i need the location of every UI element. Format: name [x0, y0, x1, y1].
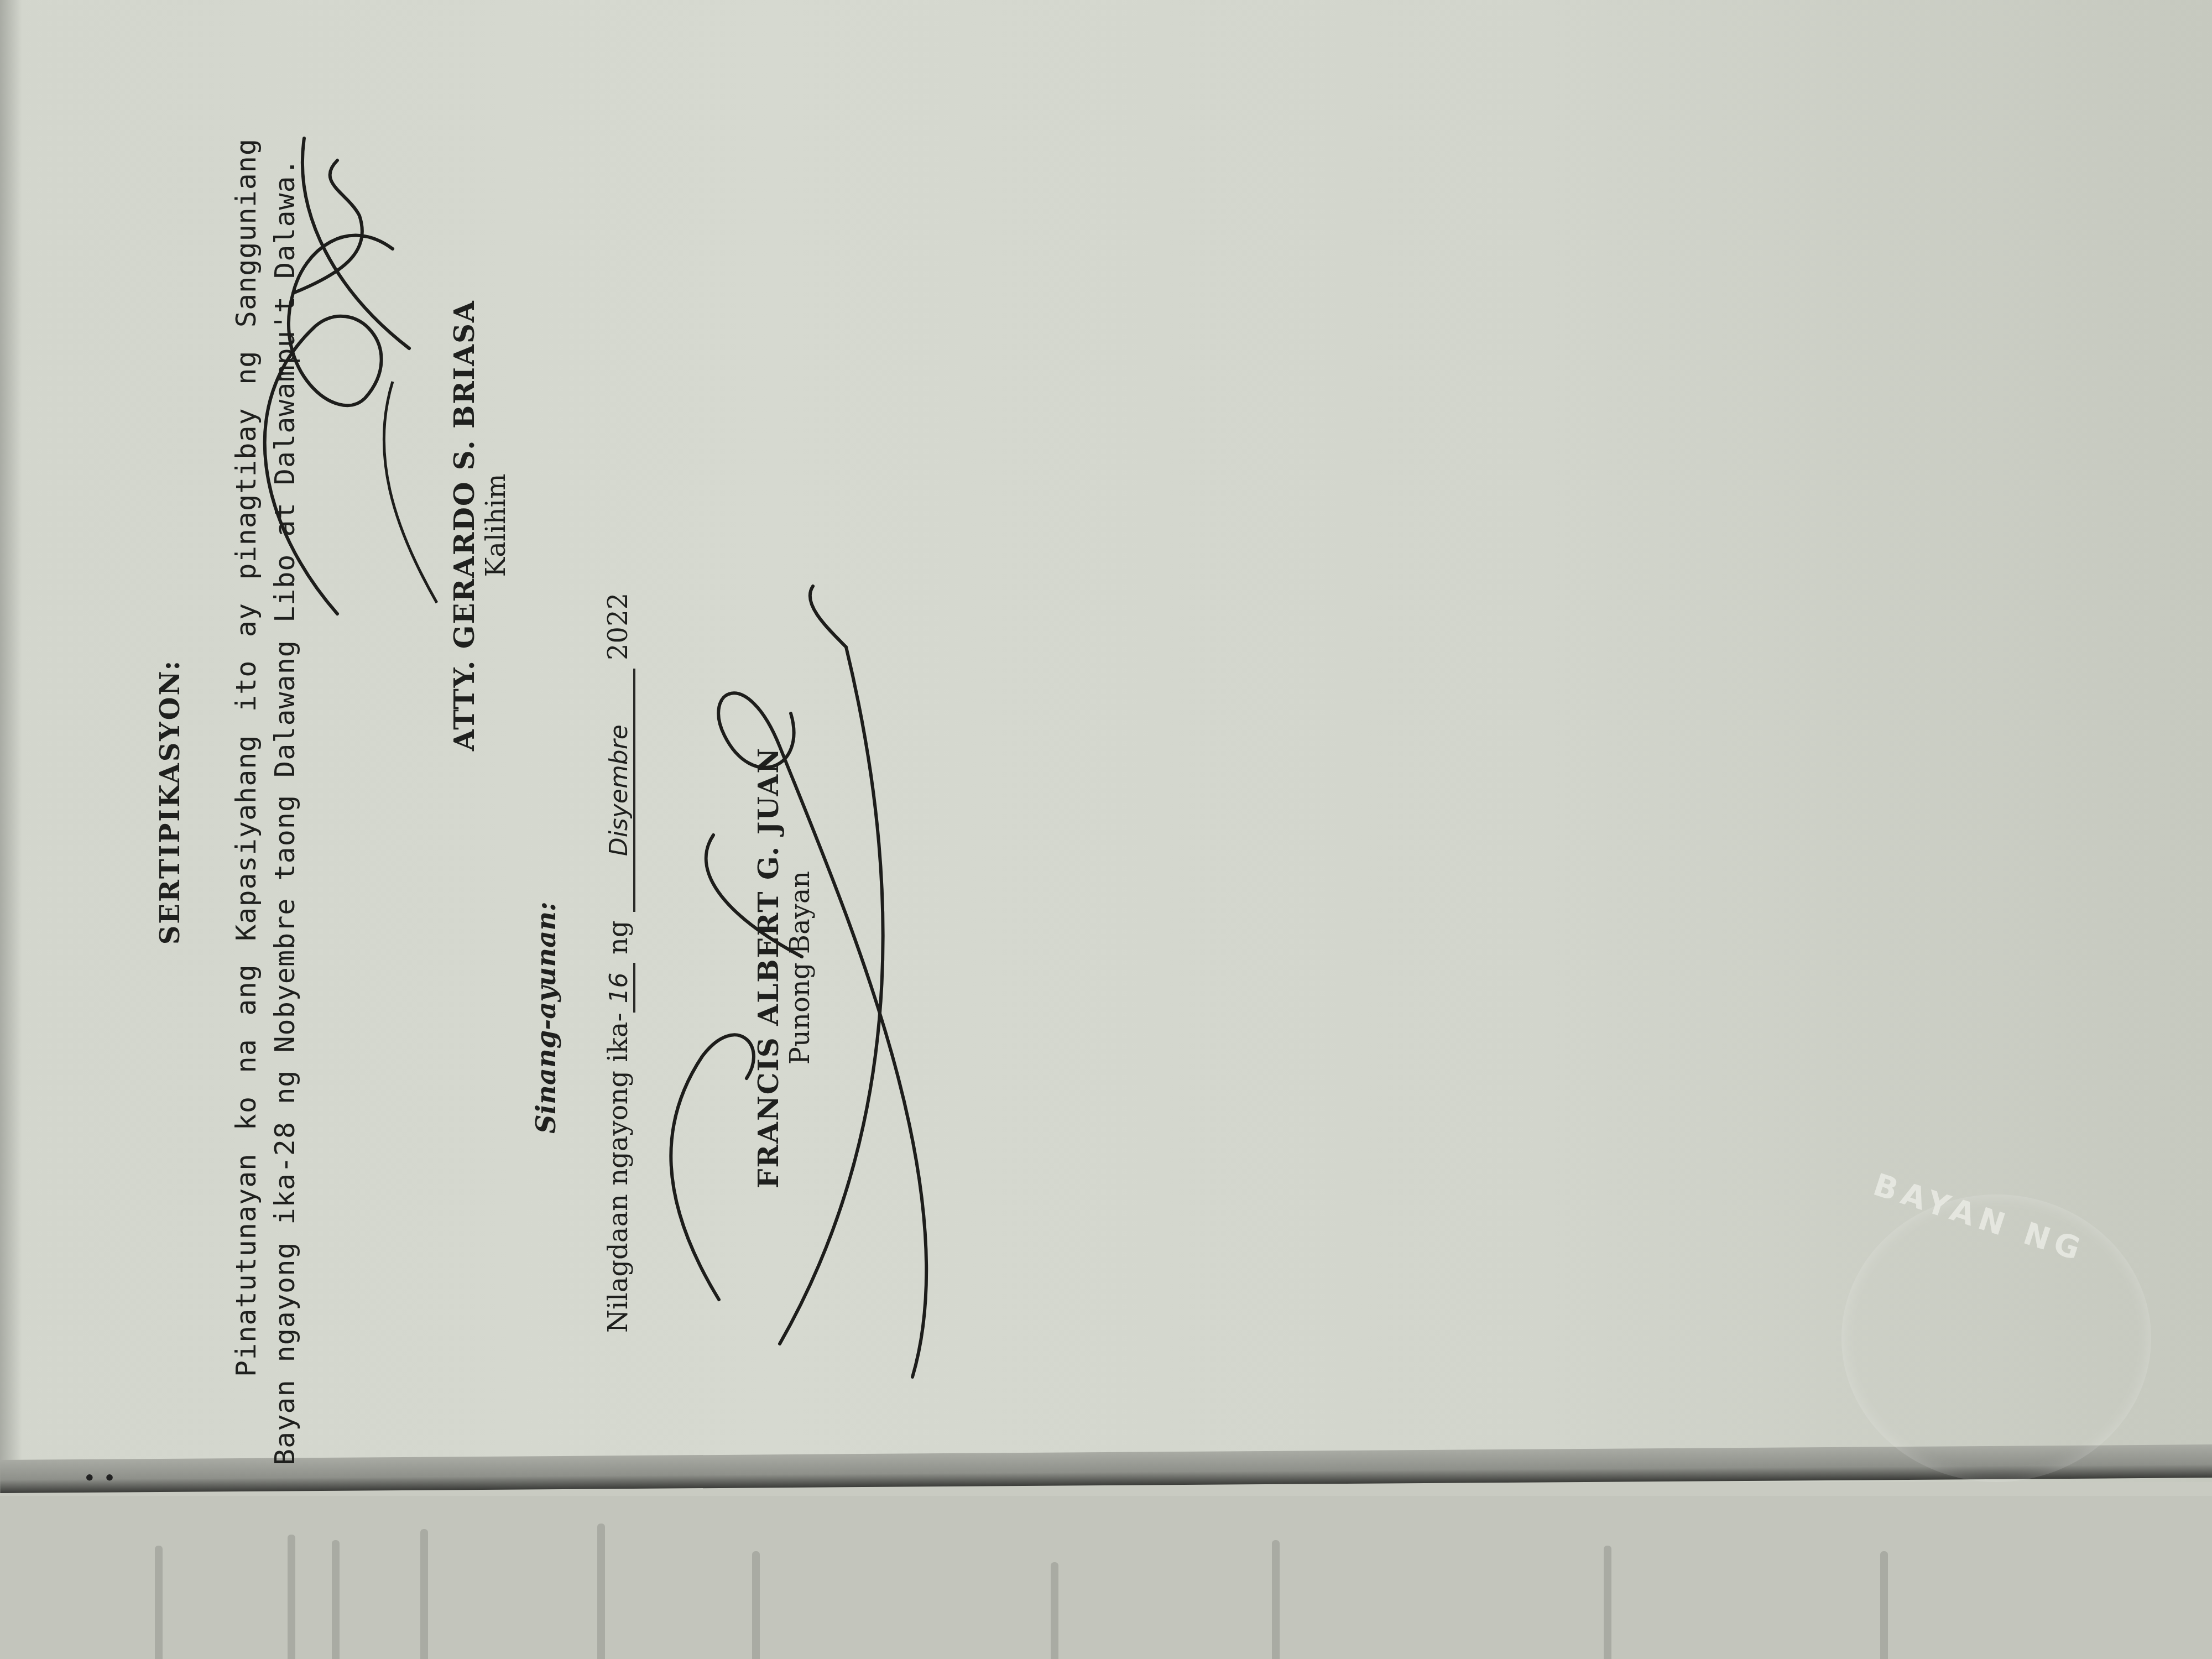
document-heading: SERTIPIKASYON: — [155, 138, 186, 1465]
bleed-through-text — [420, 1529, 428, 1659]
signed-year: 2022 — [603, 593, 634, 660]
signed-date-line: Nilagdaan ngayong ika-16 ng Disyembre 20… — [603, 593, 635, 1333]
bleed-through-text — [1051, 1562, 1058, 1659]
underlying-page — [0, 1496, 2212, 1659]
secretary-signature-block: ATTY. GERARDO S. BRIASA Kalihim — [448, 221, 512, 830]
mayor-name: FRANCIS ALBERT G. JUAN — [752, 581, 785, 1355]
concurrence-label: Sinang-ayunan: — [531, 901, 562, 1134]
bleed-through-text — [1604, 1546, 1611, 1659]
mayor-signature-block: FRANCIS ALBERT G. JUAN Punong Bayan — [752, 581, 816, 1355]
secretary-title: Kalihim — [481, 221, 512, 830]
bleed-through-text — [288, 1535, 295, 1659]
certification-body: Pinatutunayan ko na ang Kapasiyahang ito… — [227, 138, 304, 1465]
signed-middle: ng — [603, 920, 634, 954]
signed-month: Disyembre — [605, 669, 635, 912]
bleed-through-text — [752, 1551, 760, 1659]
bleed-through-text — [1272, 1540, 1280, 1659]
secretary-name: ATTY. GERARDO S. BRIASA — [448, 221, 481, 830]
binding-holes: • • — [83, 1465, 116, 1491]
signed-prefix: Nilagdaan ngayong ika- — [603, 1013, 634, 1333]
signed-day: 16 — [605, 963, 635, 1013]
bleed-through-text — [155, 1546, 163, 1659]
bleed-through-text — [1880, 1551, 1888, 1659]
bleed-through-text — [597, 1524, 605, 1659]
mayor-title: Punong Bayan — [785, 581, 816, 1355]
bleed-through-text — [332, 1540, 340, 1659]
certification-content: SERTIPIKASYON: Pinatutunayan ko na ang K… — [138, 138, 940, 1465]
page-shadow — [0, 0, 22, 1493]
